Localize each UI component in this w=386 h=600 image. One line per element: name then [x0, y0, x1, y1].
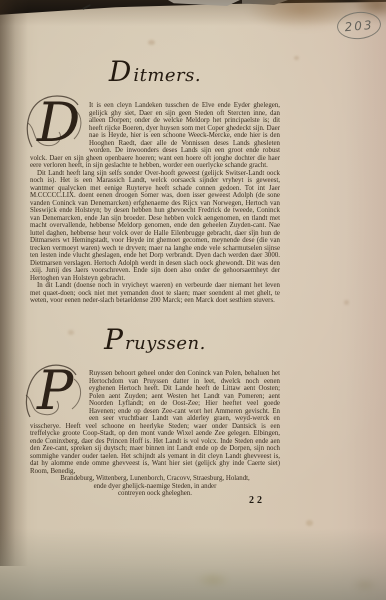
page-top-shadow	[0, 0, 386, 26]
section-heading: Pruyssen.	[30, 328, 280, 356]
paragraph: Dit Landt heeft lang sijn selfs sonder O…	[30, 170, 280, 283]
pencil-folio-number: 203	[344, 17, 374, 33]
drop-cap-initial: D	[30, 103, 84, 149]
drop-cap-letter: P	[37, 365, 73, 417]
page-number: 22	[249, 495, 265, 506]
paragraph: P Ruyssen behoort geheel onder den Conin…	[30, 370, 280, 475]
drop-cap-initial: P	[30, 371, 84, 417]
closing-line: contreyen oock gheleghen.	[30, 490, 280, 498]
page-gutter-shadow	[0, 0, 28, 566]
closing-line: Brandeburg, Wittenberg, Lunenborch, Crac…	[30, 475, 280, 483]
section-heading: Ditmers.	[30, 60, 280, 88]
book-photo: 203 Ditmers. D It is een cleyn Landeken …	[0, 0, 386, 600]
closing-line: ende dyer ghelijck-naemige Steden, in an…	[30, 483, 280, 491]
page-right-tint	[346, 0, 386, 600]
page-bottom-shadow	[0, 528, 386, 600]
paragraph: D It is een cleyn Landeken tusschen de E…	[30, 102, 280, 170]
drop-cap-letter: D	[37, 97, 80, 149]
paragraph: In dit Landt (doense noch in vryicheyt w…	[30, 282, 280, 305]
section-pruyssen: Pruyssen. P Ruyssen behoort geheel onder…	[30, 328, 280, 498]
section-ditmers: Ditmers. D It is een cleyn Landeken tuss…	[30, 60, 280, 305]
